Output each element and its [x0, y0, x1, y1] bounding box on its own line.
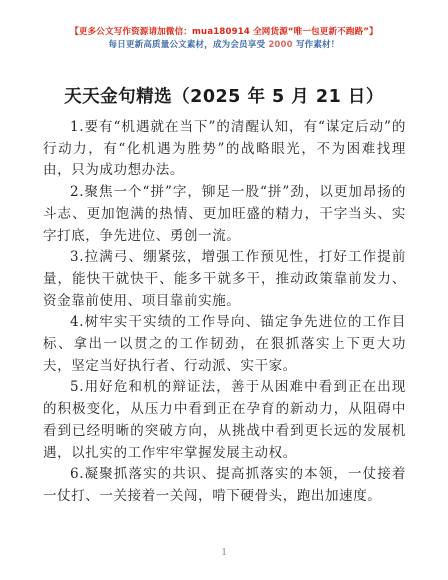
promo-line-blue: 每日更新高质量公文素材，成为会员享受 2000 写作素材！	[0, 39, 448, 52]
promo-line2-prefix: 每日更新高质量公文素材，成为会员享受	[109, 40, 269, 50]
promo-line2-number: 2000	[268, 40, 292, 50]
body-paragraph: 3.拉满弓、绷紧弦，增强工作预见性，打好工作提前量，能快干就快干、能多干就多干，…	[43, 247, 406, 312]
body-paragraph: 2.聚焦一个“拼”字，铆足一股“拼”劲，以更加昂扬的斗志、更加饱满的热情、更加旺…	[43, 182, 406, 247]
document-body: 1.要有“机遇就在当下”的清醒认知，有“谋定后动”的行动力，有“化机遇为胜势”的…	[43, 117, 406, 508]
body-paragraph: 1.要有“机遇就在当下”的清醒认知，有“谋定后动”的行动力，有“化机遇为胜势”的…	[43, 117, 406, 182]
document-page: 【更多公文写作资源请加微信：mua180914 全网货源“唯一包更新不跑路”】 …	[0, 0, 448, 580]
promo-header: 【更多公文写作资源请加微信：mua180914 全网货源“唯一包更新不跑路”】 …	[0, 0, 448, 52]
document-title: 天天金句精选（2025 年 5 月 21 日）	[0, 83, 448, 108]
promo-line-red: 【更多公文写作资源请加微信：mua180914 全网货源“唯一包更新不跑路”】	[0, 26, 448, 39]
promo-line2-suffix: 写作素材！	[293, 40, 340, 50]
body-paragraph: 5.用好危和机的辩证法，善于从困难中看到正在出现的积极变化，从压力中看到正在孕育…	[43, 377, 406, 464]
body-paragraph: 4.树牢实干实绩的工作导向、锚定争先进位的工作目标、拿出一以贯之的工作韧劲，在狠…	[43, 312, 406, 377]
page-number: 1	[0, 547, 448, 558]
body-paragraph: 6.凝聚抓落实的共识、提高抓落实的本领，一仗接着一仗打、一关接着一关闯，啃下硬骨…	[43, 464, 406, 507]
